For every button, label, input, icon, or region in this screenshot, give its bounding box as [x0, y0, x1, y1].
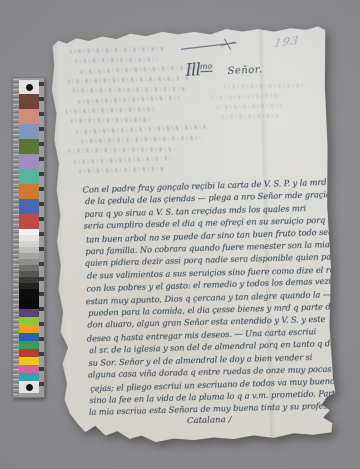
calibration-patch: [19, 184, 39, 199]
ghost-line: [211, 93, 284, 100]
salutation-abbreviation: Ill: [185, 60, 200, 81]
calibration-patch: [19, 373, 39, 381]
calibration-patch-column: [19, 80, 39, 395]
calibration-patch: [19, 333, 39, 341]
calibration-patch: [19, 109, 39, 124]
paper-sheet: 193 Illmo Señor. Con el padre fray gonça…: [50, 26, 337, 446]
registration-dot-top: [19, 80, 39, 94]
ghost-line: [75, 58, 158, 63]
calibration-patch: [19, 94, 39, 109]
registration-dot-bottom: [19, 381, 39, 393]
ghost-line: [78, 96, 179, 104]
ghost-text-showthrough-right: [210, 83, 311, 126]
ghost-line: [73, 87, 185, 93]
ghost-line: [65, 107, 155, 114]
calibration-micro-text-strip: [13, 78, 19, 397]
ghost-line: [68, 76, 191, 83]
calibration-patch: [19, 299, 39, 309]
salutation-superscript: mo: [200, 61, 213, 72]
manuscript-body: Con el padre fray gonçalo reçibi la cart…: [82, 176, 328, 418]
calibration-patch: [19, 349, 39, 357]
ghost-line: [71, 118, 150, 123]
salutation-word: Señor.: [227, 64, 263, 77]
ghost-line: [224, 83, 305, 88]
ghost-line: [79, 167, 165, 173]
calibration-patch: [19, 289, 39, 299]
ghost-line: [69, 147, 177, 153]
calibration-patch: [19, 139, 39, 154]
registration-dot: [26, 84, 33, 91]
calibration-patch: [19, 214, 39, 229]
calibration-patch: [19, 341, 39, 349]
ghost-text-showthrough-left: [63, 46, 205, 180]
photo-background: 193 Illmo Señor. Con el padre fray gonça…: [0, 0, 360, 469]
calibration-patch: [19, 199, 39, 214]
manuscript-page: 193 Illmo Señor. Con el padre fray gonça…: [50, 26, 337, 446]
calibration-tick-strip: [39, 78, 44, 397]
ghost-line: [76, 125, 206, 134]
salutation: Illmo Señor.: [185, 57, 263, 80]
registration-dot: [26, 384, 33, 391]
calibration-patch: [19, 325, 39, 333]
calibration-patch: [19, 309, 39, 317]
ink-cross-mark: [178, 37, 242, 55]
color-calibration-bar: [12, 77, 45, 398]
ghost-line: [222, 114, 279, 119]
ghost-line: [70, 47, 164, 54]
calibration-patch: [19, 357, 39, 365]
ghost-line: [81, 136, 200, 143]
calibration-patch: [19, 365, 39, 373]
calibration-patch: [19, 124, 39, 139]
calibration-patch: [19, 317, 39, 325]
ghost-line: [74, 156, 171, 164]
calibration-patch: [19, 154, 39, 169]
folio-number: 193: [273, 34, 300, 50]
calibration-patch: [19, 169, 39, 184]
ghost-line: [216, 104, 281, 110]
